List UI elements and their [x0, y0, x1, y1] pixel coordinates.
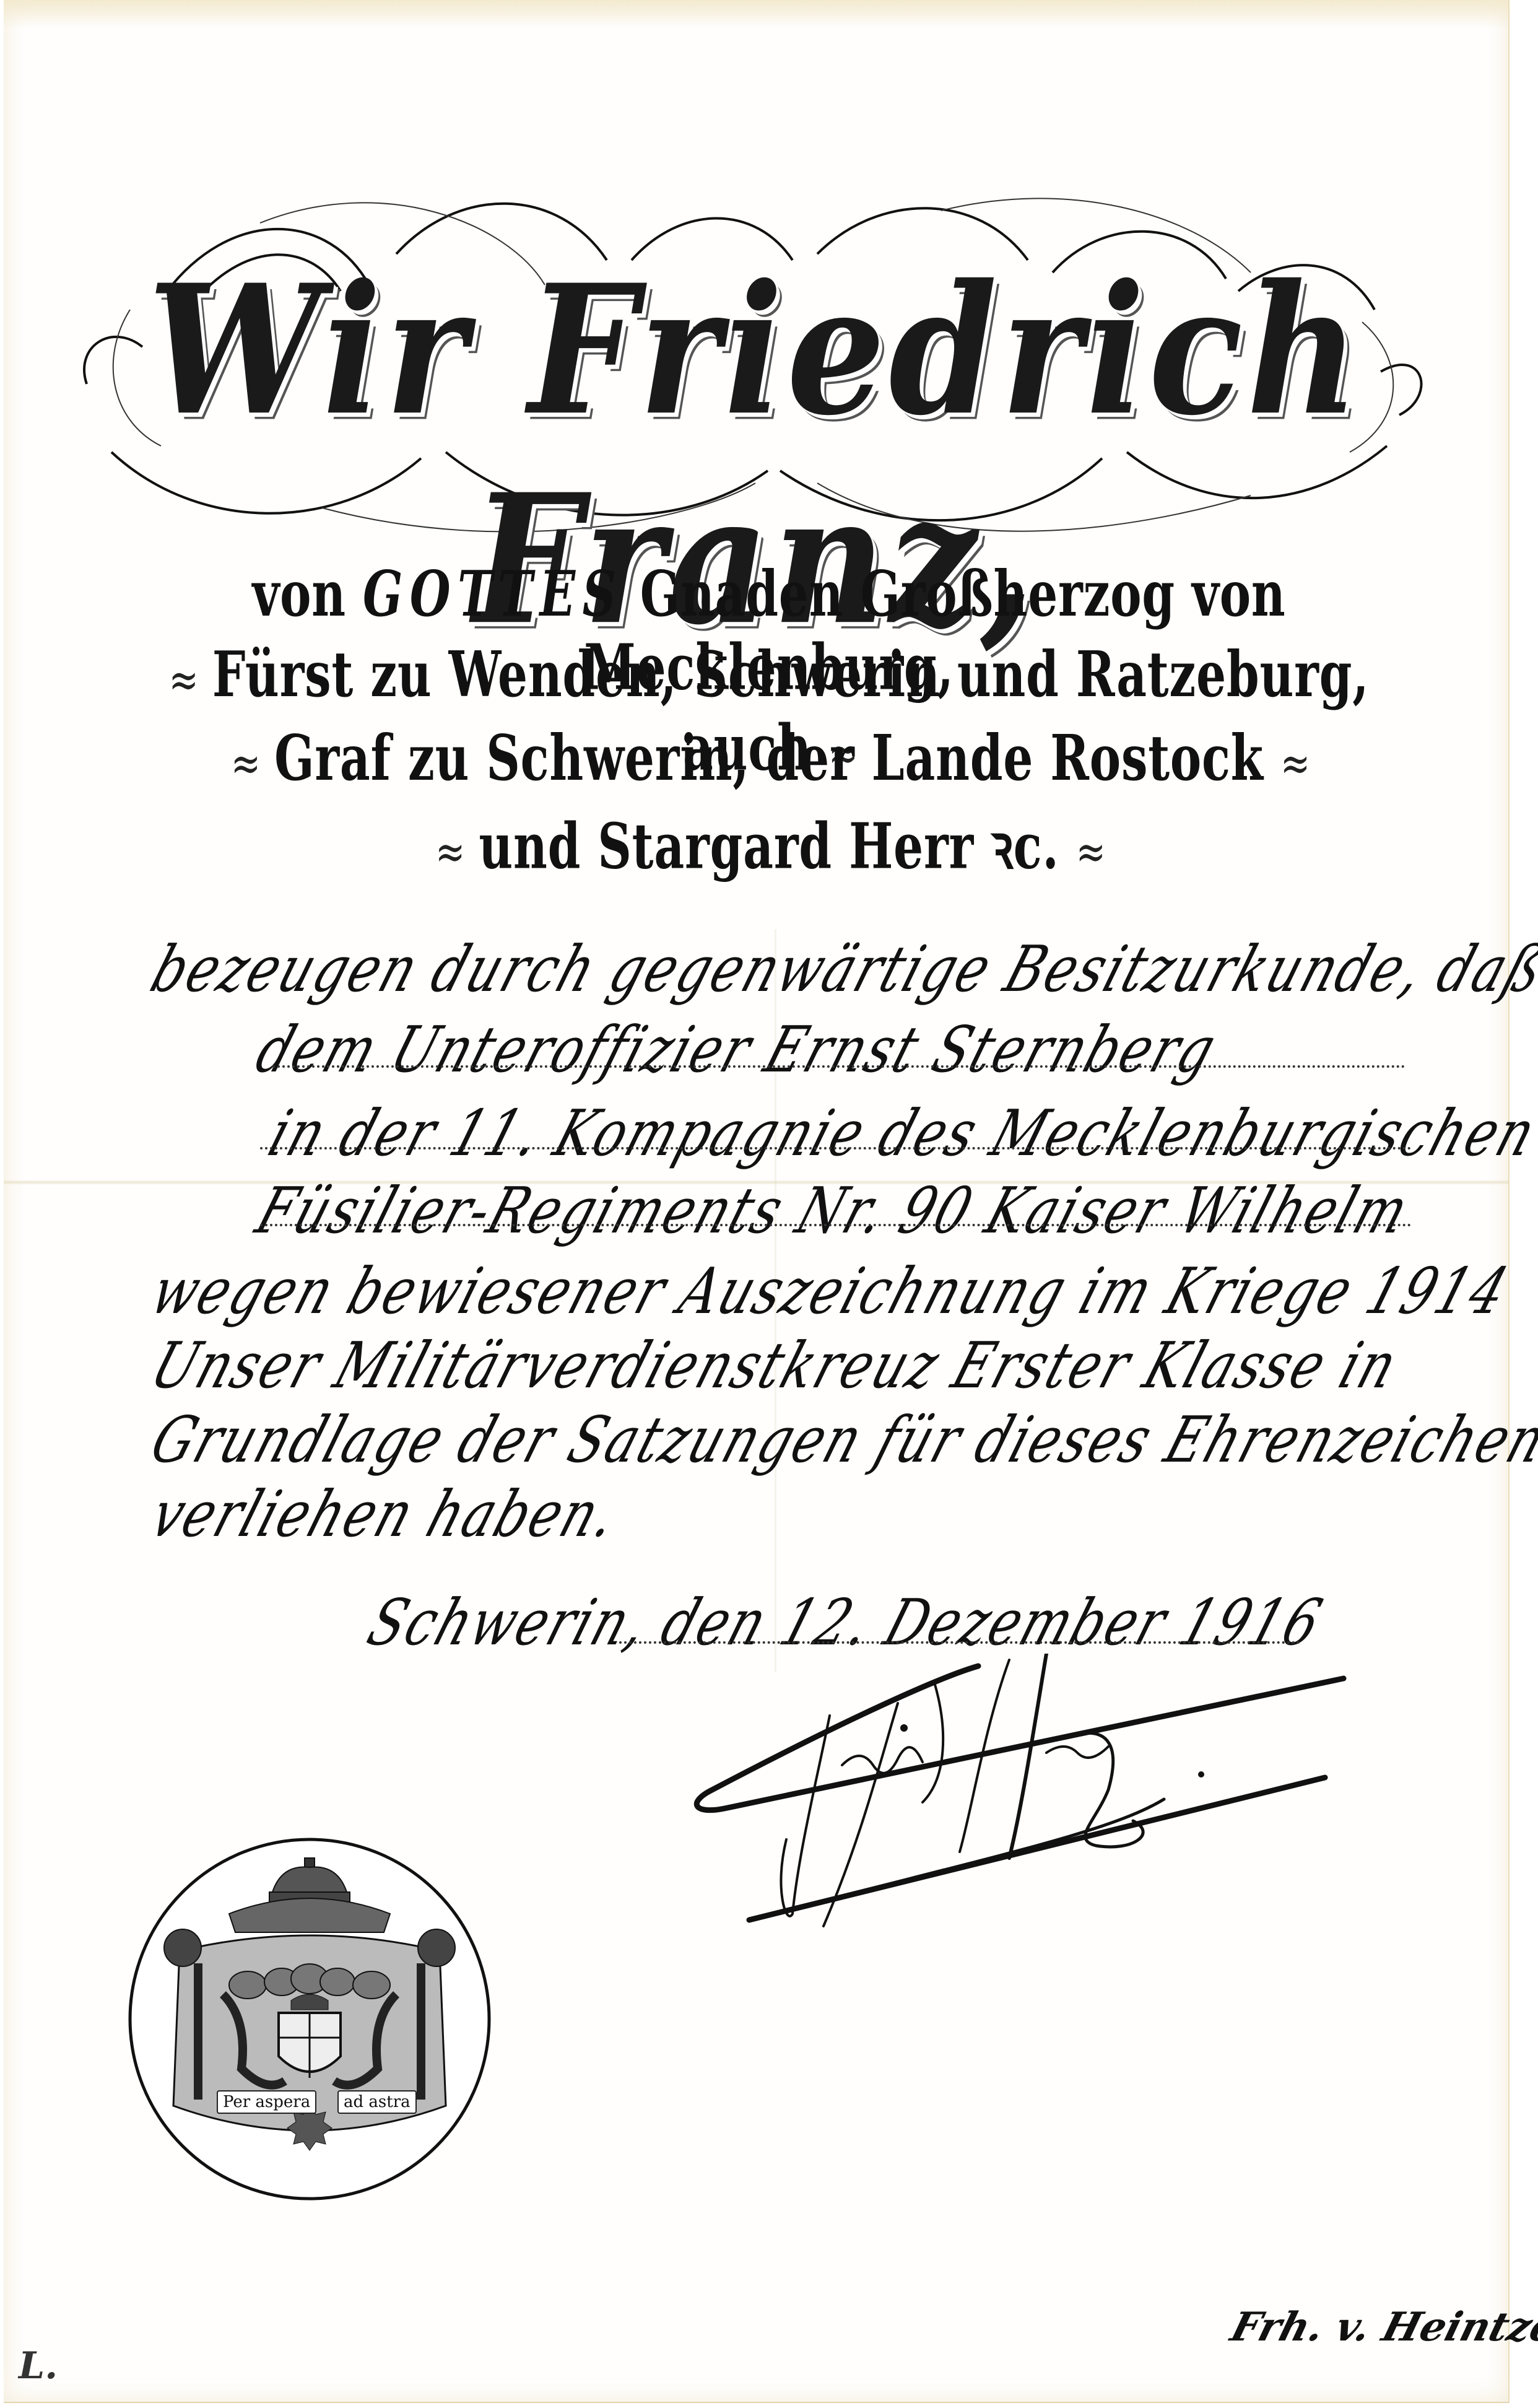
body-line-4-regiment: Füsilier-Regiments Nr. 90 Kaiser Wilhelm	[248, 1174, 1419, 1248]
body-line-1: bezeugen durch gegenwärtige Besitzurkund…	[142, 933, 1538, 1006]
titulature-line-4: ≈ und Stargard Herr ꝛc. ≈	[139, 801, 1400, 887]
body-line-6: Unser Militärverdienstkreuz Erster Klass…	[142, 1329, 1407, 1403]
dotted-fill-line	[260, 1147, 1412, 1149]
motto-ribbon-left: Per aspera	[217, 2090, 316, 2114]
dotted-fill-line	[619, 1641, 1300, 1644]
flourish-right-icon: ≈	[1076, 824, 1103, 879]
dotted-fill-line	[272, 1065, 1405, 1068]
titulature-graf: Graf zu Schwerin, der Lande Rostock	[274, 722, 1264, 795]
signature-scrawl-icon	[675, 1654, 1387, 2087]
flourish-left-icon: ≈	[231, 736, 258, 792]
coat-of-arms-seal: Per aspera ad astra	[124, 1833, 495, 2205]
sovereign-signature	[675, 1654, 1387, 2087]
engraved-heading: Wir Friedrich Franz,	[74, 186, 1436, 551]
corner-annotation: L.	[19, 2344, 58, 2388]
dotted-fill-line	[260, 1224, 1412, 1226]
titulature-line-3: ≈ Graf zu Schwerin, der Lande Rostock ≈	[139, 722, 1400, 795]
titulature-gottes: GOTTES	[363, 557, 623, 630]
titulature-stargard: und Stargard Herr ꝛc.	[479, 809, 1059, 883]
coat-of-arms-icon	[124, 1833, 495, 2205]
paper-stain	[4, 0, 1508, 28]
titulature-von: von	[252, 557, 345, 630]
place-date: Schwerin, den 12. Dezember 1916	[359, 1586, 1332, 1660]
motto-ribbon-right: ad astra	[337, 2090, 417, 2114]
body-line-7: Grundlage der Satzungen für dieses Ehren…	[142, 1403, 1538, 1477]
body-line-5: wegen bewiesener Auszeichnung im Kriege …	[142, 1255, 1518, 1328]
flourish-left-icon: ≈	[169, 652, 196, 707]
flourish-right-icon: ≈	[1280, 736, 1307, 792]
body-line-3-company: in der 11. Kompagnie des Mecklenburgisch…	[260, 1097, 1538, 1171]
countersignature: Frh. v. Heintze.	[1226, 2304, 1538, 2350]
body-line-8: verliehen haben.	[142, 1478, 627, 1551]
flourish-left-icon: ≈	[435, 824, 462, 879]
body-line-2-recipient: dem Unteroffizier Ernst Sternberg	[248, 1013, 1226, 1087]
